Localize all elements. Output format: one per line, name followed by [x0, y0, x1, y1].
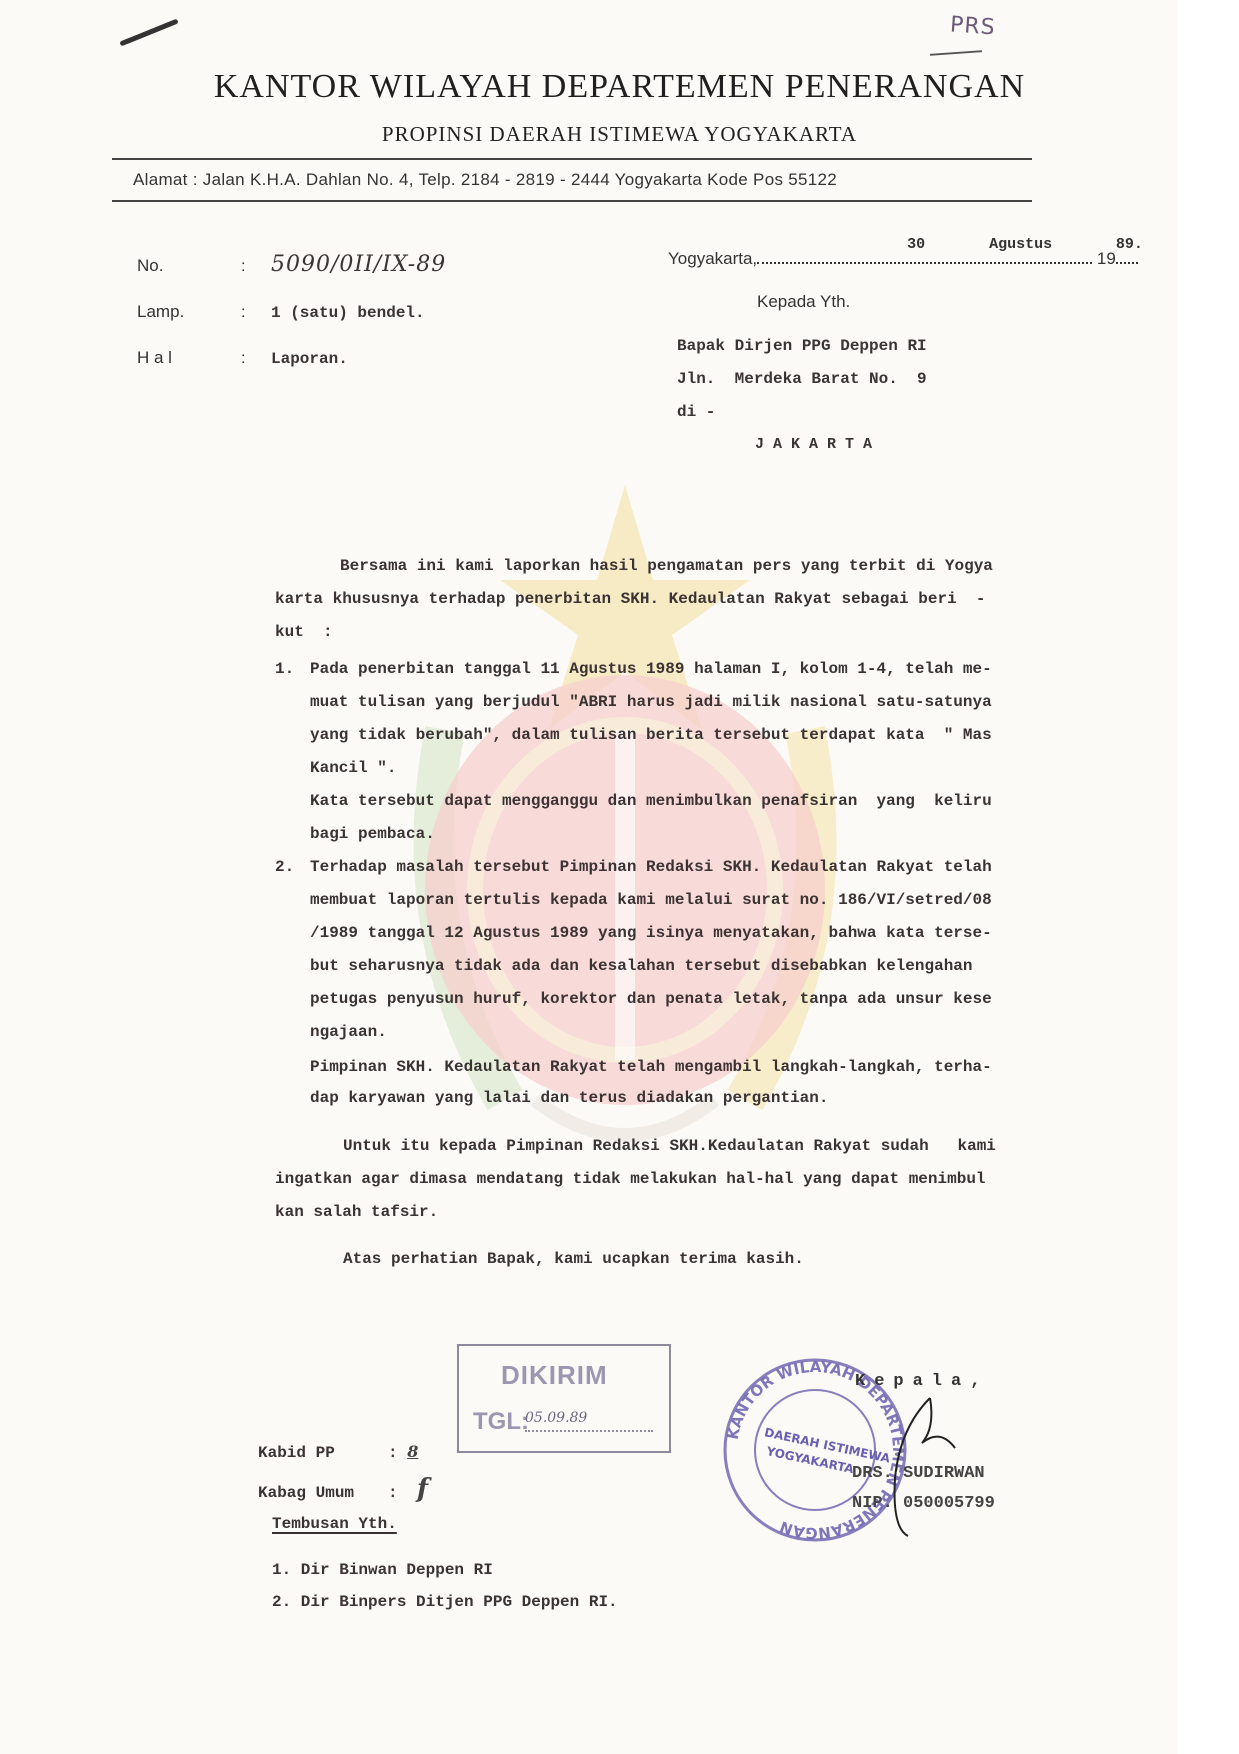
attachment-row: Lamp.:1 (satu) bendel. — [137, 302, 425, 322]
date-place: Yogyakarta, — [668, 249, 757, 268]
recipient-greeting: Kepada Yth. — [757, 292, 850, 312]
item-1-line: yang tidak berubah", dalam tulisan berit… — [310, 726, 992, 744]
cc-item: 1. Dir Binwan Deppen RI — [272, 1561, 493, 1579]
kabid-label: Kabid PP — [258, 1444, 388, 1462]
date-year-suffix: 89. — [1116, 236, 1143, 253]
item-2-line: but seharusnya tidak ada dan kesalahan t… — [310, 957, 973, 975]
item-2-line: ngajaan. — [310, 1023, 387, 1041]
body-intro-line: karta khususnya terhadap penerbitan SKH.… — [275, 590, 986, 608]
attachment-value: 1 (satu) bendel. — [271, 304, 425, 322]
thanks-line: Atas perhatian Bapak, kami ucapkan terim… — [343, 1250, 804, 1268]
closing-line: ingatkan agar dimasa mendatang tidak mel… — [275, 1170, 986, 1188]
sent-stamp-label: DIKIRIM — [501, 1360, 608, 1391]
letterhead-rule-top — [112, 158, 1032, 160]
recipient-line: di - — [677, 403, 715, 421]
pen-mark — [119, 19, 178, 47]
list-number: 1. — [275, 660, 294, 678]
handwritten-signature — [880, 1388, 970, 1538]
item-1-line: muat tulisan yang berjudul "ABRI harus j… — [310, 693, 992, 711]
letter-number-label: No. — [137, 256, 241, 276]
closing-line: Untuk itu kepada Pimpinan Redaksi SKH.Ke… — [343, 1137, 996, 1155]
signatory-name: DRS. SUDIRWAN — [852, 1464, 985, 1483]
recipient-city: JAKARTA — [755, 436, 881, 453]
sent-stamp-date-value: 05.09.89 — [525, 1410, 653, 1432]
subject-value: Laporan. — [271, 350, 348, 368]
closing-line: kan salah tafsir. — [275, 1203, 438, 1221]
item-1-line: Kata tersebut dapat mengganggu dan menim… — [310, 792, 992, 810]
signatory-nip: NIP. 050005799 — [852, 1494, 995, 1513]
item-1-line: bagi pembaca. — [310, 825, 435, 843]
attachment-label: Lamp. — [137, 302, 241, 322]
item-2-line: Pimpinan SKH. Kedaulatan Rakyat telah me… — [310, 1058, 992, 1076]
item-2-line: membuat laporan tertulis kepada kami mel… — [310, 891, 992, 909]
kabid-paraf-row: Kabid PP: 8 — [258, 1442, 418, 1462]
kabid-initial: 8 — [407, 1442, 418, 1461]
date-line: Yogyakarta, 30 Agustus 1989. — [668, 248, 1138, 269]
date-day: 30 — [907, 236, 925, 253]
letterhead-rule-bottom — [112, 200, 1032, 202]
kabag-initial: f — [417, 1474, 428, 1504]
cc-item: 2. Dir Binpers Ditjen PPG Deppen RI. — [272, 1593, 618, 1611]
margin-note: PRS — [949, 12, 996, 40]
body-intro-line: Bersama ini kami laporkan hasil pengamat… — [340, 557, 993, 575]
body-intro-line: kut : — [275, 623, 333, 641]
item-1-line: Pada penerbitan tanggal 11 Agustus 1989 … — [310, 660, 992, 678]
margin-note-underline — [930, 50, 982, 56]
page-edge — [1177, 0, 1239, 1754]
kabag-label: Kabag Umum — [258, 1484, 388, 1502]
letter-number-value: 5090/0II/IX-89 — [271, 252, 446, 277]
letterhead-subtitle: PROPINSI DAERAH ISTIMEWA YOGYAKARTA — [0, 122, 1239, 147]
recipient-line: Bapak Dirjen PPG Deppen RI — [677, 337, 927, 355]
item-2-line: Terhadap masalah tersebut Pimpinan Redak… — [310, 858, 992, 876]
sent-stamp-date-label: TGL: — [473, 1408, 529, 1436]
list-number: 2. — [275, 858, 294, 876]
item-2-line: dap karyawan yang lalai dan terus diadak… — [310, 1089, 828, 1107]
subject-label: H a l — [137, 348, 241, 368]
letterhead-title: KANTOR WILAYAH DEPARTEMEN PENERANGAN — [0, 68, 1239, 106]
recipient-line: Jln. Merdeka Barat No. 9 — [677, 370, 927, 388]
item-2-line: petugas penyusun huruf, korektor dan pen… — [310, 990, 992, 1008]
item-1-line: Kancil ". — [310, 759, 396, 777]
letter-number-row: No.:5090/0II/IX-89 — [137, 252, 446, 277]
letterhead-address: Alamat : Jalan K.H.A. Dahlan No. 4, Telp… — [133, 170, 837, 190]
date-month: Agustus — [989, 236, 1052, 253]
cc-title: Tembusan Yth. — [272, 1515, 397, 1533]
kabag-paraf-row: Kabag Umum: f — [258, 1474, 428, 1504]
date-year-prefix: 19 — [1097, 249, 1116, 268]
item-2-line: /1989 tanggal 12 Agustus 1989 yang isiny… — [310, 924, 992, 942]
subject-row: H a l:Laporan. — [137, 348, 348, 368]
sent-stamp: DIKIRIM TGL: 05.09.89 — [457, 1344, 671, 1453]
